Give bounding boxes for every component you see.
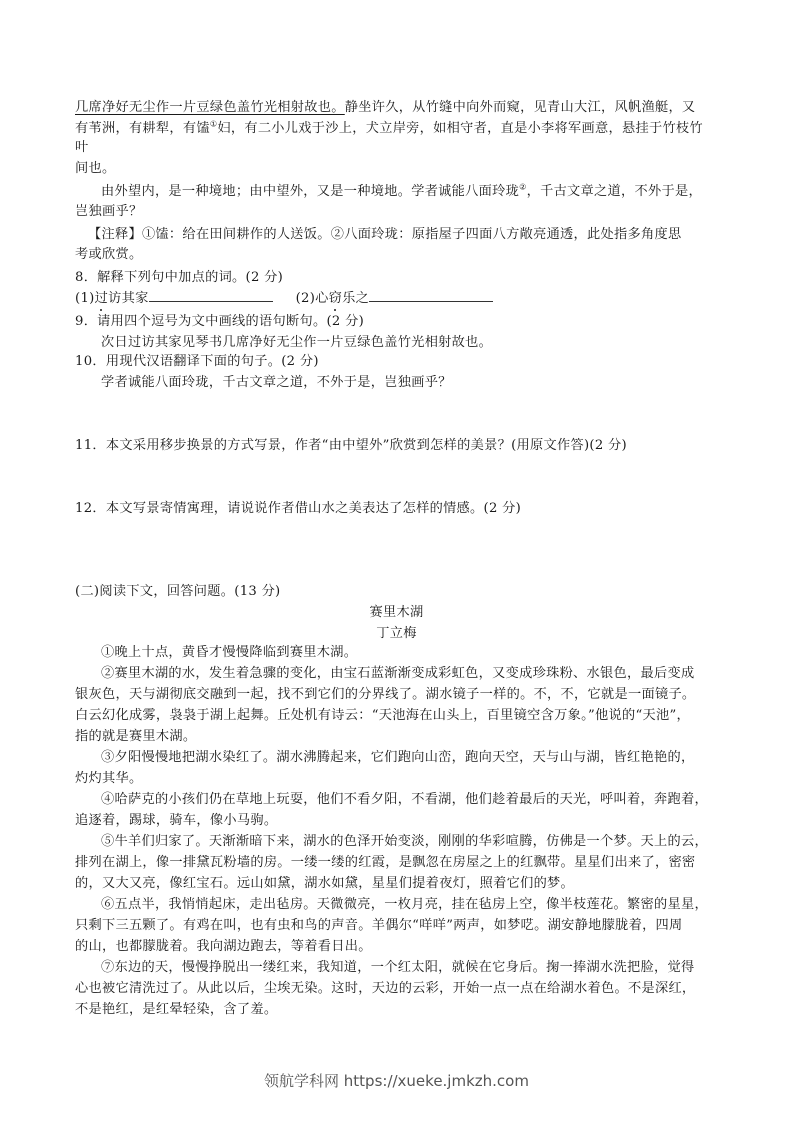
footnote-marker: ② [519,183,526,192]
dotted-char: 过 [95,291,109,306]
underlined-sentence: 几席净好无尘作一片豆绿色盖竹光相射故也。 [75,100,345,115]
question-8-title: 8．解释下列句中加点的词。(2 分) [75,268,283,288]
paragraph-1: ①晚上十点，黄昏才慢慢降临到赛里木湖。 [101,643,357,663]
question-11-title: 11．本文采用移步换景的方式写景，作者“由中望外”欣赏到怎样的美景？(用原文作答… [75,436,627,456]
section-heading: (二)阅读下文，回答问题。(13 分) [75,582,281,602]
paragraph-2: ②赛里木湖的水，发生着急骤的变化，由宝石蓝渐渐变成彩虹色，又变成珍珠粉、水银色，… [101,664,694,684]
footer-watermark: 领航学科网 https://xueke.jmkzh.com [0,1070,793,1091]
passage-line: 间也。 [75,159,115,179]
document-page: 几席净好无尘作一片豆绿色盖竹光相射故也。静坐许久，从竹缝中向外而窥，见青山大江，… [0,0,793,1122]
passage-line: 有苇洲，有耕犁，有馌①妇，有二小儿戏于沙上，犬立岸旁，如相守者，直是小李将军画意… [75,119,703,139]
question-10-title: 10．用现代汉语翻译下面的句子。(2 分) [75,352,319,372]
passage-line: 岂独画乎？ [75,202,142,222]
question-10-sentence: 学者诚能八面玲珑，千古文章之道，不外于是，岂独画乎？ [101,373,452,393]
paragraph-2: 指的就是赛里木湖。 [75,727,196,747]
answer-blank-1[interactable] [149,289,273,302]
paragraph-7: ⑦东边的天，慢慢挣脱出一缕红来，我知道，一个红太阳，就候在它身后。掬一捧湖水洗把… [101,958,694,978]
question-8-items: (1)过访其家 (2)心窃乐之 [75,289,493,309]
paragraph-4: 追逐着，踢球，骑车，像小马驹。 [75,811,277,831]
passage-line: 几席净好无尘作一片豆绿色盖竹光相射故也。静坐许久，从竹缝中向外而窥，见青山大江，… [75,98,695,118]
question-12-title: 12．本文写景寄情寓理，请说说作者借山水之美表达了怎样的情感。(2 分) [75,499,521,519]
dotted-char: 窃 [329,291,343,306]
annotation-note: 【注释】①馌：给在田间耕作的人送饭。②八面玲珑：原指屋子四面八方敞亮通透，此处指… [88,225,681,245]
paragraph-6: 只剩下三五颗了。有鸡在叫，也有虫和鸟的声音。羊偶尔“咩咩”两声，如梦呓。湖安静地… [75,916,683,936]
article-title: 赛里木湖 [0,603,793,623]
paragraph-2: 银灰色，天与湖彻底交融到一起，找不到它们的分界线了。湖水镜子一样的。不，不，它就… [75,685,695,705]
passage-line: 叶 [75,138,89,158]
answer-blank-2[interactable] [369,289,493,302]
paragraph-7: 不是艳红，是红晕轻染，含了羞。 [75,1000,277,1020]
annotation-note: 考或欣赏。 [75,245,142,265]
passage-line: 由外望内，是一种境地；由中望外，又是一种境地。学者诚能八面玲珑②，千古文章之道，… [101,182,702,202]
paragraph-3: ③夕阳慢慢地把湖水染红了。湖水沸腾起来，它们跑向山峦，跑向天空，天与山与湖，皆红… [101,748,694,768]
question-9-title: 9．请用四个逗号为文中画线的语句断句。(2 分) [75,312,364,332]
paragraph-2: 白云幻化成雾，袅袅于湖上起舞。丘处机有诗云：“天池海在山头上，百里镜空含万象。”… [75,706,690,726]
article-author: 丁立梅 [0,624,793,644]
paragraph-7: 心也被它清洗过了。从此以后，尘埃无染。这时，天边的云彩，开始一点一点在给湖水着色… [75,979,695,999]
paragraph-5: 排列在湖上，像一排黛瓦粉墙的房。一缕一缕的红霞，是飘忽在房屋之上的红飘带。星星们… [75,853,695,873]
question-9-sentence: 次日过访其家见琴书几席净好无尘作一片豆绿色盖竹光相射故也。 [101,333,492,353]
paragraph-5: ⑤牛羊们归家了。天渐渐暗下来，湖水的色泽开始变淡，刚刚的华彩喧腾，仿佛是一个梦。… [101,832,708,852]
paragraph-6: ⑥五点半，我悄悄起床，走出毡房。天微微亮，一枚月亮，挂在毡房上空，像半枝莲花。繁… [101,895,708,915]
paragraph-6: 的山，也都朦胧着。我向湖边跑去，等着看日出。 [75,937,372,957]
paragraph-4: ④哈萨克的小孩们仍在草地上玩耍，他们不看夕阳，不看湖，他们趁着最后的天光，呼叫着… [101,790,708,810]
paragraph-5: 的，又大又亮，像红宝石。远山如黛，湖水如黛，星星们提着夜灯，照着它们的梦。 [75,874,574,894]
paragraph-3: 灼灼其华。 [75,769,142,789]
